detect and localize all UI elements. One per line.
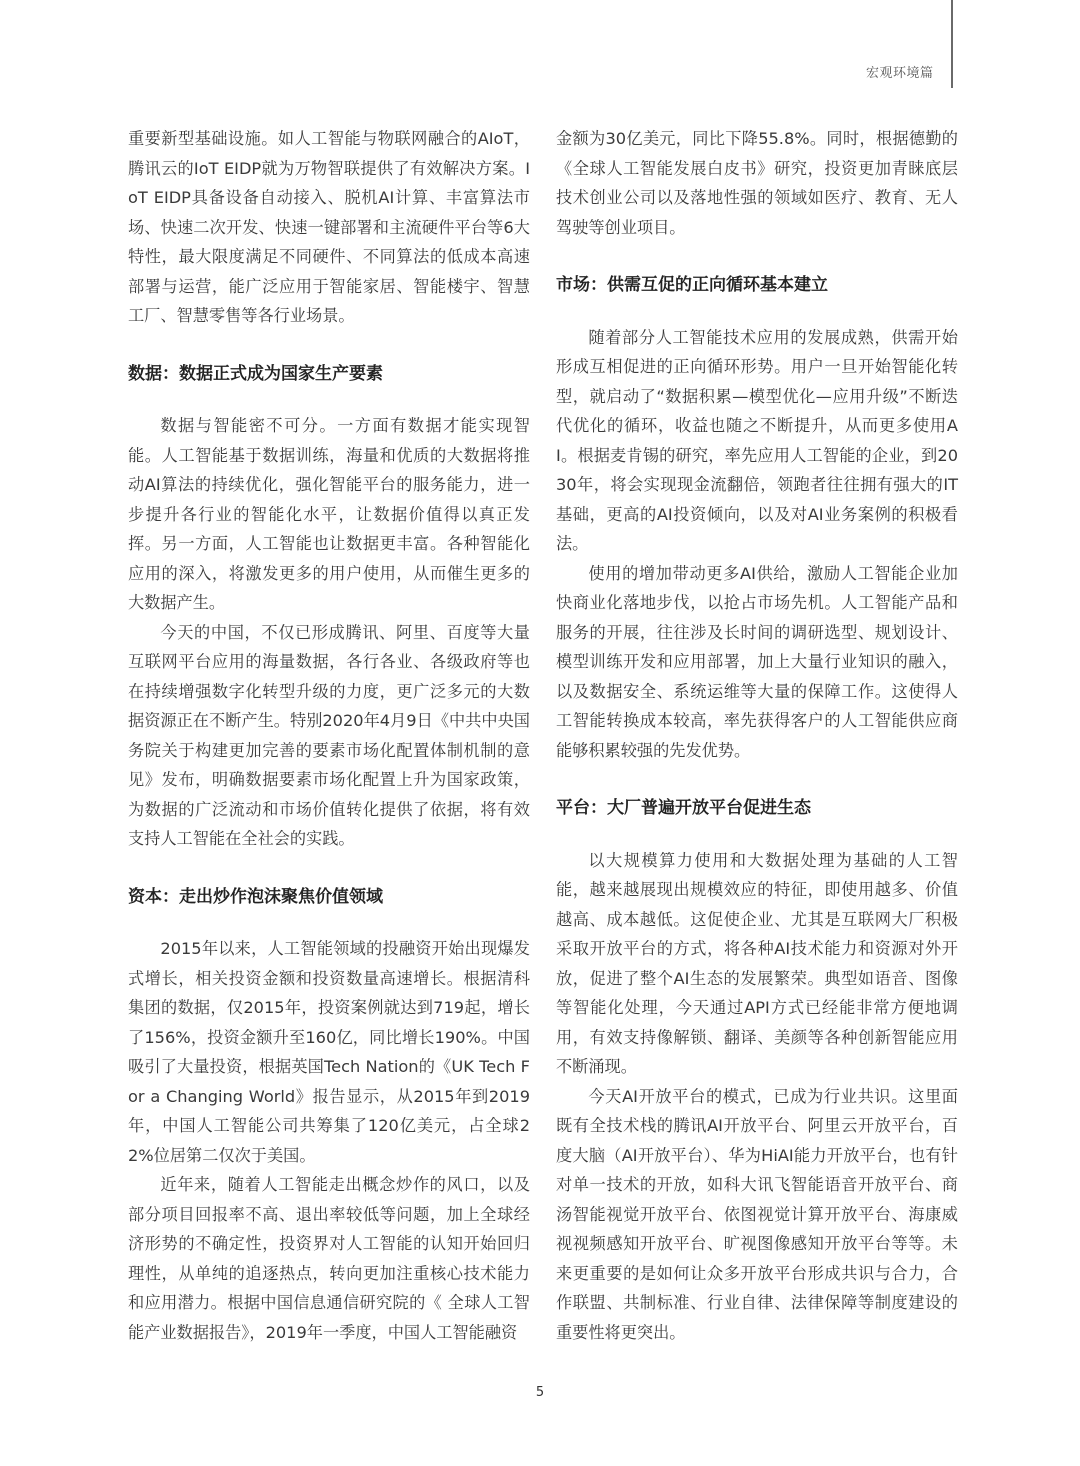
spacer bbox=[128, 389, 530, 411]
header-divider-line bbox=[951, 0, 953, 88]
paragraph: 今天的中国，不仅已形成腾讯、阿里、百度等大量互联网平台应用的海量数据，各行各业、… bbox=[128, 618, 530, 854]
spacer bbox=[556, 824, 958, 846]
spacer bbox=[556, 765, 958, 794]
paragraph: 近年来，随着人工智能走出概念炒作的风口，以及部分项目回报率不高、退出率较低等问题… bbox=[128, 1170, 530, 1347]
spacer bbox=[556, 242, 958, 271]
paragraph: 2015年以来，人工智能领域的投融资开始出现爆发式增长，相关投资金额和投资数量高… bbox=[128, 934, 530, 1170]
spacer bbox=[128, 854, 530, 883]
spacer bbox=[128, 331, 530, 360]
heading-capital: 资本：走出炒作泡沫聚焦价值领域 bbox=[128, 883, 530, 913]
paragraph: 使用的增加带动更多AI供给，激励人工智能企业加快商业化落地步伐，以抢占市场先机。… bbox=[556, 559, 958, 766]
spacer bbox=[556, 301, 958, 323]
right-column: 金额为30亿美元，同比下降55.8%。同时，根据德勤的《全球人工智能发展白皮书》… bbox=[556, 124, 958, 1347]
section-tag: 宏观环境篇 bbox=[866, 62, 934, 81]
paragraph: 以大规模算力使用和大数据处理为基础的人工智能，越来越展现出规模效应的特征，即使用… bbox=[556, 846, 958, 1082]
paragraph: 数据与智能密不可分。一方面有数据才能实现智能。人工智能基于数据训练，海量和优质的… bbox=[128, 411, 530, 618]
spacer bbox=[128, 912, 530, 934]
heading-platform: 平台：大厂普遍开放平台促进生态 bbox=[556, 794, 958, 824]
heading-data: 数据：数据正式成为国家生产要素 bbox=[128, 360, 530, 390]
paragraph-continued: 重要新型基础设施。如人工智能与物联网融合的AIoT，腾讯云的IoT EIDP就为… bbox=[128, 124, 530, 331]
paragraph: 随着部分人工智能技术应用的发展成熟，供需开始形成互相促进的正向循环形势。用户一旦… bbox=[556, 323, 958, 559]
heading-market: 市场：供需互促的正向循环基本建立 bbox=[556, 271, 958, 301]
paragraph: 今天AI开放平台的模式，已成为行业共识。这里面既有全技术栈的腾讯AI开放平台、阿… bbox=[556, 1082, 958, 1348]
page-number: 5 bbox=[0, 1385, 1080, 1400]
paragraph-continued: 金额为30亿美元，同比下降55.8%。同时，根据德勤的《全球人工智能发展白皮书》… bbox=[556, 124, 958, 242]
left-column: 重要新型基础设施。如人工智能与物联网融合的AIoT，腾讯云的IoT EIDP就为… bbox=[128, 124, 530, 1347]
